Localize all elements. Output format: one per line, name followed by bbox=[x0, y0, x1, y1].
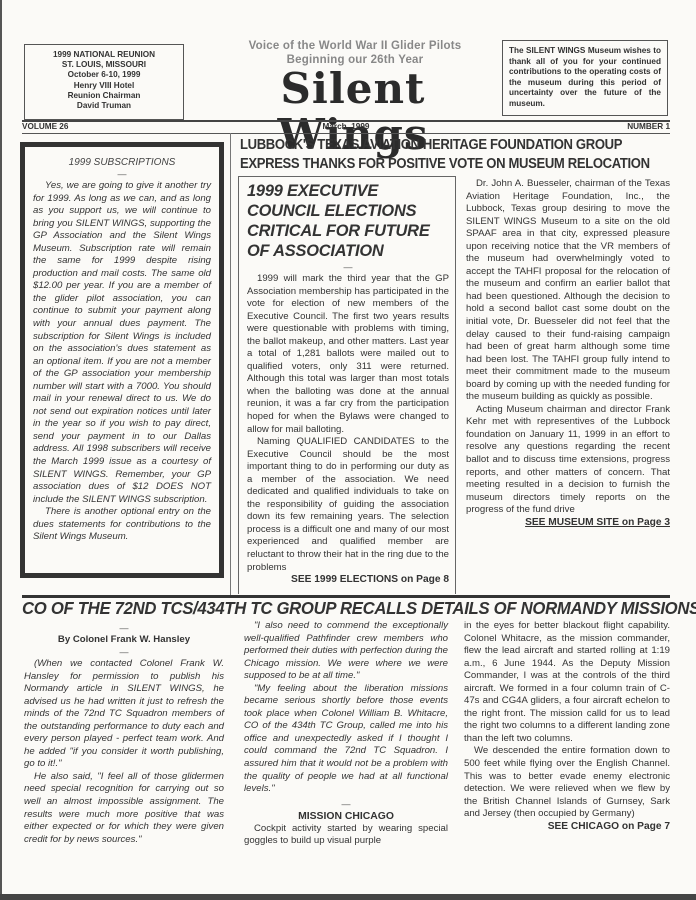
normandy-headline: CO OF THE 72ND TCS/434TH TC GROUP RECALL… bbox=[22, 598, 648, 618]
paragraph: "I also need to commend the exceptionall… bbox=[244, 620, 448, 683]
elections-article: 1999 EXECUTIVE COUNCIL ELECTIONS CRITICA… bbox=[238, 176, 456, 594]
reunion-line: 1999 NATIONAL REUNION bbox=[25, 50, 183, 60]
page-edge bbox=[0, 894, 696, 900]
normandy-continued-link[interactable]: SEE CHICAGO on Page 7 bbox=[464, 821, 670, 834]
paragraph: There is another optional entry on the d… bbox=[33, 506, 211, 544]
intro-body: (When we contacted Colonel Frank W. Hans… bbox=[24, 658, 224, 846]
issue-number: NUMBER 1 bbox=[627, 122, 670, 131]
paragraph: Cockpit activity started by wearing spec… bbox=[244, 823, 448, 848]
paragraph: in the eyes for better blackout flight c… bbox=[464, 620, 670, 745]
normandy-column-3: in the eyes for better blackout flight c… bbox=[464, 620, 670, 833]
separator-dash: — bbox=[33, 170, 211, 179]
page-edge bbox=[0, 0, 2, 900]
reunion-line: ST. LOUIS, MISSOURI bbox=[25, 60, 183, 70]
subscriptions-body: Yes, we are going to give it another try… bbox=[33, 180, 211, 544]
elections-body: 1999 will mark the third year that the G… bbox=[247, 273, 449, 574]
elections-continued-link[interactable]: SEE 1999 ELECTIONS on Page 8 bbox=[247, 574, 449, 587]
lubbock-continued-link[interactable]: SEE MUSEUM SITE on Page 3 bbox=[466, 517, 670, 530]
museum-thanks-box: The SILENT WINGS Museum wishes to thank … bbox=[502, 40, 668, 116]
paragraph: Naming QUALIFIED CANDIDATES to the Execu… bbox=[247, 436, 449, 574]
reunion-line: October 6-10, 1999 bbox=[25, 70, 183, 80]
quote-body: "I also need to commend the exceptionall… bbox=[244, 620, 448, 796]
separator-dash: — bbox=[24, 648, 224, 657]
subscriptions-box: 1999 SUBSCRIPTIONS — Yes, we are going t… bbox=[20, 142, 224, 578]
lubbock-headline: LUBBOCK'S TEXAS AVIATION HERITAGE FOUNDA… bbox=[240, 136, 612, 173]
paragraph: Acting Museum chairman and director Fran… bbox=[466, 404, 670, 517]
paragraph: (When we contacted Colonel Frank W. Hans… bbox=[24, 658, 224, 771]
subscriptions-title: 1999 SUBSCRIPTIONS bbox=[33, 157, 211, 168]
reunion-line: David Truman bbox=[25, 101, 183, 111]
newsletter-page: 1999 NATIONAL REUNION ST. LOUIS, MISSOUR… bbox=[0, 0, 696, 900]
mission-body: Cockpit activity started by wearing spec… bbox=[244, 823, 448, 848]
separator-dash: — bbox=[24, 624, 224, 633]
elections-headline: 1999 EXECUTIVE COUNCIL ELECTIONS CRITICA… bbox=[247, 181, 449, 261]
lubbock-article: Dr. John A. Buesseler, chairman of the T… bbox=[466, 178, 670, 529]
reunion-line: Henry VIII Hotel bbox=[25, 81, 183, 91]
headline-line: EXPRESS THANKS FOR POSITIVE VOTE ON MUSE… bbox=[240, 155, 612, 174]
normandy-intro: — By Colonel Frank W. Hansley — (When we… bbox=[24, 622, 224, 846]
divider bbox=[22, 133, 670, 134]
normandy-column-2: "I also need to commend the exceptionall… bbox=[244, 620, 448, 848]
separator-dash: — bbox=[247, 263, 449, 272]
lubbock-body: Dr. John A. Buesseler, chairman of the T… bbox=[466, 178, 670, 517]
headline-line: LUBBOCK'S TEXAS AVIATION HERITAGE FOUNDA… bbox=[240, 136, 612, 155]
paragraph: 1999 will mark the third year that the G… bbox=[247, 273, 449, 436]
paragraph: He also said, "I feel all of those glide… bbox=[24, 771, 224, 846]
mission-body-continued: in the eyes for better blackout flight c… bbox=[464, 620, 670, 821]
issue-date: March, 1999 bbox=[22, 122, 670, 131]
paragraph: Yes, we are going to give it another try… bbox=[33, 180, 211, 506]
masthead-tagline: Voice of the World War II Glider Pilots bbox=[226, 40, 484, 53]
issue-info-bar: VOLUME 26 March, 1999 NUMBER 1 bbox=[22, 121, 670, 133]
paragraph: "My feeling about the liberation mission… bbox=[244, 683, 448, 796]
column-divider bbox=[230, 133, 231, 595]
reunion-info-box: 1999 NATIONAL REUNION ST. LOUIS, MISSOUR… bbox=[24, 44, 184, 120]
reunion-line: Reunion Chairman bbox=[25, 91, 183, 101]
mission-chicago-subhead: MISSION CHICAGO bbox=[244, 810, 448, 823]
byline: By Colonel Frank W. Hansley bbox=[24, 634, 224, 646]
paragraph: Dr. John A. Buesseler, chairman of the T… bbox=[466, 178, 670, 404]
separator-dash: — bbox=[244, 800, 448, 809]
paragraph: We descended the entire formation down t… bbox=[464, 745, 670, 820]
